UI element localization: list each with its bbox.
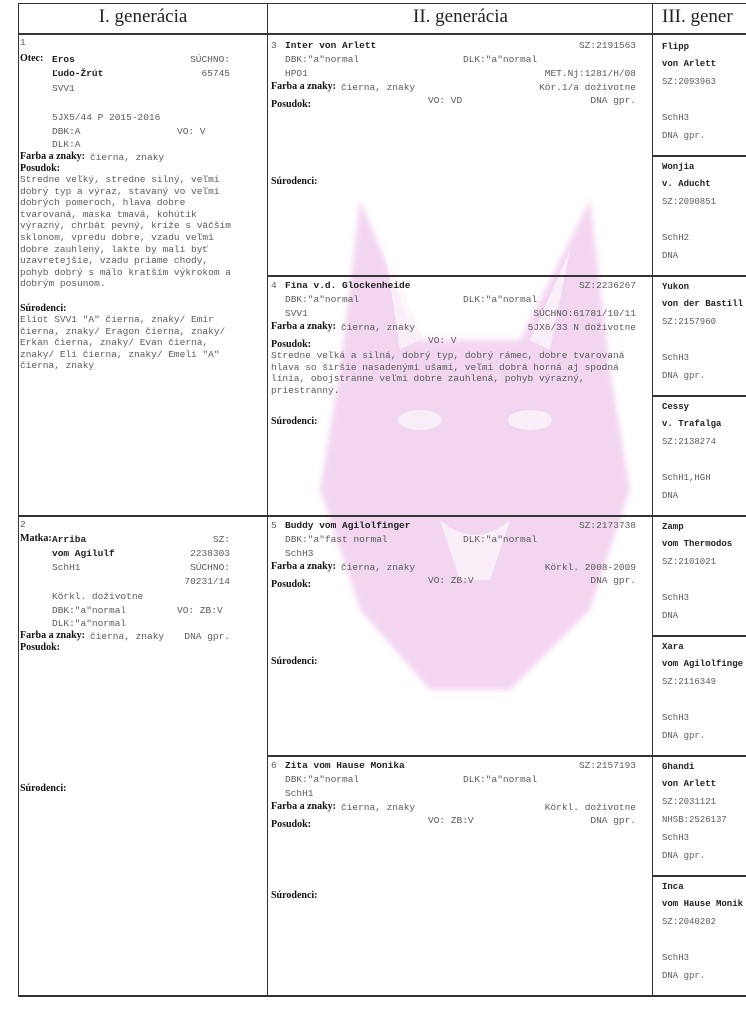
registry-number: SZ:2040202	[662, 917, 716, 927]
entry-number: 2	[20, 519, 26, 530]
header-generation-3: III. gener	[653, 2, 746, 32]
vo-value: VO: VD	[428, 95, 462, 106]
sire-color: čierna, znaky	[90, 152, 164, 163]
dam-name: Arriba	[52, 534, 86, 545]
dna-value: DNA gpr.	[590, 95, 636, 106]
color-value: čierna, znaky	[341, 82, 415, 93]
dam-label: Matka:	[20, 533, 52, 544]
dam-dna: DNA gpr.	[184, 631, 230, 642]
sire-siblings-label: Súrodenci:	[20, 303, 67, 314]
dna-value: DNA	[662, 491, 678, 501]
registry-extra: MET.Nj:1281/H/08	[545, 68, 636, 79]
dna-value: DNA gpr.	[662, 851, 705, 861]
breed-survey: Körkl. doživotne	[545, 802, 636, 813]
title-value: SVV1	[285, 308, 308, 319]
evaluation-label: Posudok:	[271, 339, 311, 350]
sire-evaluation-text: Stredne veľký, stredne silný, veľmi dobr…	[20, 174, 231, 290]
dam-siblings-label: Súrodenci:	[20, 783, 67, 794]
dog-name: Wonjia	[662, 162, 694, 172]
dbk-value: DBK:"a"normal	[285, 54, 359, 65]
sire-siblings-text: Eliot SVV1 "A" čierna, znaky/ Emir čiern…	[20, 314, 225, 372]
registry-number: SZ:2101021	[662, 557, 716, 567]
dog-name: Inter von Arlett	[285, 40, 376, 51]
dog-name: Xara	[662, 642, 684, 652]
sire-title: SVV1	[52, 83, 75, 94]
entry-number: 3	[271, 40, 277, 51]
col-divider-2	[652, 3, 653, 996]
dam-kennel: vom Agilulf	[52, 548, 115, 559]
registry-extra: SÚCHNO:61781/10/11	[533, 308, 636, 319]
vo-value: VO: V	[428, 335, 457, 346]
siblings-label: Súrodenci:	[271, 176, 318, 187]
dam-color: čierna, znaky	[90, 631, 164, 642]
dna-value: DNA gpr.	[662, 131, 705, 141]
dam-registry-number: 2238303	[190, 548, 230, 559]
evaluation-label: Posudok:	[271, 99, 311, 110]
header-generation-2: II. generácia	[268, 2, 653, 32]
dam-dbk: DBK:"a"normal	[52, 605, 126, 616]
gen3-row-divider-1	[653, 155, 746, 157]
registry-number: SZ:2090851	[662, 197, 716, 207]
dna-value: DNA	[662, 611, 678, 621]
gen3-row-divider-5	[653, 635, 746, 637]
dlk-value: DLK:"a"normal	[463, 54, 537, 65]
sire-label: Otec:	[20, 53, 43, 64]
registry-number: SZ:2191563	[579, 40, 636, 51]
registry-number: SZ:2173738	[579, 520, 636, 531]
dna-value: DNA gpr.	[590, 575, 636, 586]
dog-name: Flipp	[662, 42, 689, 52]
siblings-label: Súrodenci:	[271, 416, 318, 427]
gen3-row-divider-2	[653, 275, 746, 277]
dam-title: SchH1	[52, 562, 81, 573]
sire-vo: VO: V	[177, 126, 206, 137]
vo-value: VO: ZB:V	[428, 575, 474, 586]
title-value: SchH3	[662, 113, 689, 123]
breed-survey: Kör.1/a doživotne	[539, 82, 636, 93]
dam-evaluation-label: Posudok:	[20, 642, 60, 653]
gen2-row-divider-3	[268, 755, 653, 757]
dog-name: Cessy	[662, 402, 689, 412]
title-value: HPO1	[285, 68, 308, 79]
dog-kennel: vom Agilolfinge	[662, 659, 743, 669]
dog-name: Zita vom Hause Monika	[285, 760, 405, 771]
dam-suchno-label: SÚCHNO:	[190, 562, 230, 573]
entry-number: 4	[271, 280, 277, 291]
color-label: Farba a znaky:	[271, 81, 336, 92]
header-generation-1: I. generácia	[18, 2, 268, 32]
breed-survey: Körkl. 2008-2009	[545, 562, 636, 573]
registry-extra: NHSB:2526137	[662, 815, 727, 825]
title-value: SchH1,HGH	[662, 473, 711, 483]
siblings-label: Súrodenci:	[271, 656, 318, 667]
registry-number: SZ:2138274	[662, 437, 716, 447]
dog-name: Yukon	[662, 282, 689, 292]
entry-number: 6	[271, 760, 277, 771]
dog-kennel: v. Trafalga	[662, 419, 721, 429]
header-divider	[18, 33, 746, 35]
color-label: Farba a znaky:	[271, 321, 336, 332]
dbk-value: DBK:"a"normal	[285, 774, 359, 785]
dog-kennel: v. Aducht	[662, 179, 711, 189]
title-value: SchH3	[662, 953, 689, 963]
registry-number: SZ:2031121	[662, 797, 716, 807]
dog-kennel: von der Bastill	[662, 299, 743, 309]
sire-registry-label: SÚCHNO:	[190, 54, 230, 65]
entry-number: 1	[20, 37, 26, 48]
registry-number: SZ:2116349	[662, 677, 716, 687]
title-value: SchH3	[662, 593, 689, 603]
title-value: SchH3	[285, 548, 314, 559]
table-border-top	[18, 3, 746, 4]
vo-value: VO: ZB:V	[428, 815, 474, 826]
evaluation-label: Posudok:	[271, 579, 311, 590]
title-value: SchH3	[662, 353, 689, 363]
dbk-value: DBK:"a"fast normal	[285, 534, 388, 545]
gen3-row-divider-3	[653, 395, 746, 397]
dog-kennel: vom Thermodos	[662, 539, 732, 549]
dog-head-watermark	[290, 190, 650, 710]
siblings-label: Súrodenci:	[271, 890, 318, 901]
dlk-value: DLK:"a"normal	[463, 294, 537, 305]
title-value: SchH3	[662, 833, 689, 843]
dog-kennel: vom Hause Monik	[662, 899, 743, 909]
dam-breed-survey: Körkl. doživotne	[52, 591, 143, 602]
registry-number: SZ:2157960	[662, 317, 716, 327]
dog-kennel: von Arlett	[662, 779, 716, 789]
title-value: SchH3	[662, 713, 689, 723]
title-value: SchH1	[285, 788, 314, 799]
color-label: Farba a znaky:	[271, 561, 336, 572]
color-value: čierna, znaky	[341, 322, 415, 333]
dam-vo: VO: ZB:V	[177, 605, 223, 616]
evaluation-label: Posudok:	[271, 819, 311, 830]
color-label: Farba a znaky:	[271, 801, 336, 812]
gen3-row-divider-6	[653, 755, 746, 757]
title-value: SchH2	[662, 233, 689, 243]
sire-dlk: DLK:A	[52, 139, 81, 150]
dna-value: DNA gpr.	[662, 371, 705, 381]
dog-kennel: von Arlett	[662, 59, 716, 69]
dog-name: Buddy vom Agilolfinger	[285, 520, 410, 531]
entry-number: 5	[271, 520, 277, 531]
dam-dlk: DLK:"a"normal	[52, 618, 126, 629]
dna-value: DNA gpr.	[662, 731, 705, 741]
dog-name: Ghandi	[662, 762, 694, 772]
sire-color-label: Farba a znaky:	[20, 151, 85, 162]
dna-value: DNA gpr.	[590, 815, 636, 826]
dog-name: Fina v.d. Glockenheide	[285, 280, 410, 291]
sire-dbk: DBK:A	[52, 126, 81, 137]
col-divider-1	[267, 3, 268, 996]
sire-kennel: Ľudo-Žrút	[52, 68, 103, 79]
evaluation-text: Stredne veľká a silná, dobrý typ, dobrý …	[271, 350, 624, 396]
registry-number: SZ:2157193	[579, 760, 636, 771]
dbk-value: DBK:"a"normal	[285, 294, 359, 305]
dam-registry-label: SZ:	[213, 534, 230, 545]
dna-value: DNA gpr.	[662, 971, 705, 981]
registry-number: SZ:2236267	[579, 280, 636, 291]
dlk-value: DLK:"a"normal	[463, 774, 537, 785]
dog-name: Inca	[662, 882, 684, 892]
sire-name: Eros	[52, 54, 75, 65]
gen3-row-divider-7	[653, 875, 746, 877]
table-border-bottom	[18, 995, 746, 997]
col-divider-left	[18, 3, 19, 996]
gen1-row-divider	[18, 515, 268, 517]
dna-value: DNA	[662, 251, 678, 261]
sire-evaluation-label: Posudok:	[20, 163, 60, 174]
sire-breed-survey: 5JX5/44 P 2015-2016	[52, 112, 160, 123]
gen2-row-divider-1	[268, 275, 653, 277]
gen2-row-divider-2	[268, 515, 653, 517]
dog-name: Zamp	[662, 522, 684, 532]
dlk-value: DLK:"a"normal	[463, 534, 537, 545]
breed-survey: 5JX6/33 N doživotne	[528, 322, 636, 333]
gen3-row-divider-4	[653, 515, 746, 517]
color-value: čierna, znaky	[341, 562, 415, 573]
color-value: čierna, znaky	[341, 802, 415, 813]
dam-suchno-number: 70231/14	[184, 576, 230, 587]
registry-number: SZ:2093963	[662, 77, 716, 87]
sire-registry-number: 65745	[201, 68, 230, 79]
dam-color-label: Farba a znaky:	[20, 630, 85, 641]
